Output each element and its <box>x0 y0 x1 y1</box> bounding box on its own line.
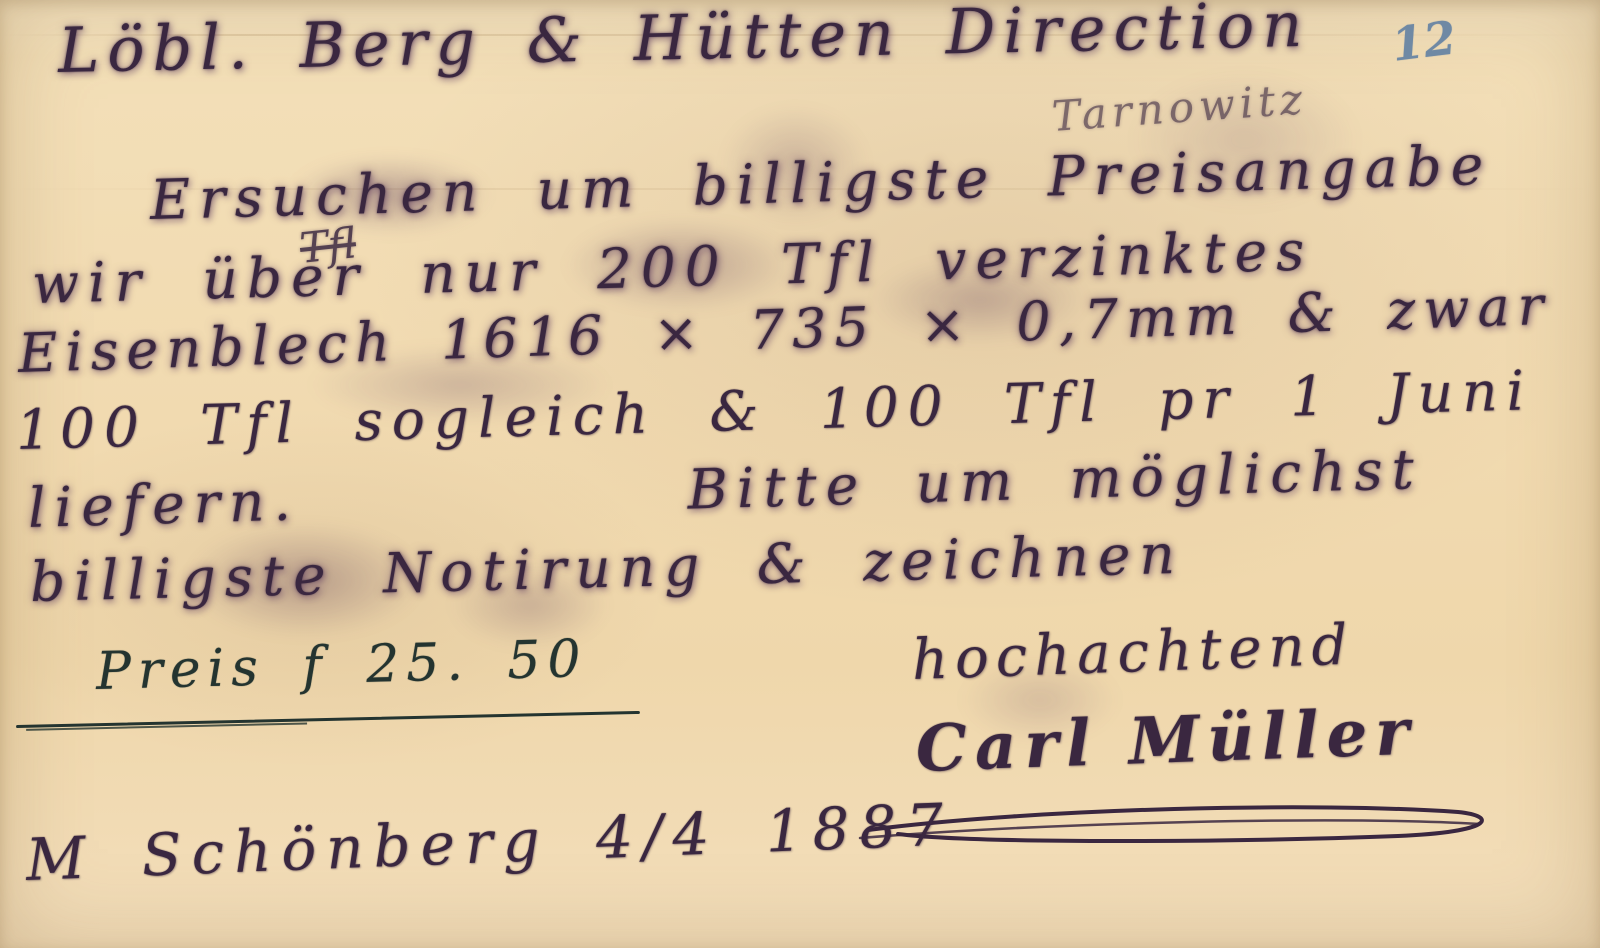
signature-flourish <box>858 772 1498 852</box>
recipient-line: Löbl. Berg & Hütten Direction <box>57 0 1311 87</box>
dateline: M Schönberg 4/4 1887 <box>25 790 955 894</box>
closing-line: hochachtend <box>911 613 1356 693</box>
page-number-annotation: 12 <box>1389 10 1459 71</box>
body-line: Ersuchen um billigste Preisangabe <box>149 133 1493 232</box>
body-line: billigste Notirung & zeichnen <box>29 522 1184 614</box>
destination-line: Tarnowitz <box>1050 74 1308 141</box>
price-underline <box>16 709 640 731</box>
price-line: Preis f 25. 50 <box>95 629 588 702</box>
postcard-scan: Löbl. Berg & Hütten Direction Tarnowitz … <box>0 0 1600 948</box>
